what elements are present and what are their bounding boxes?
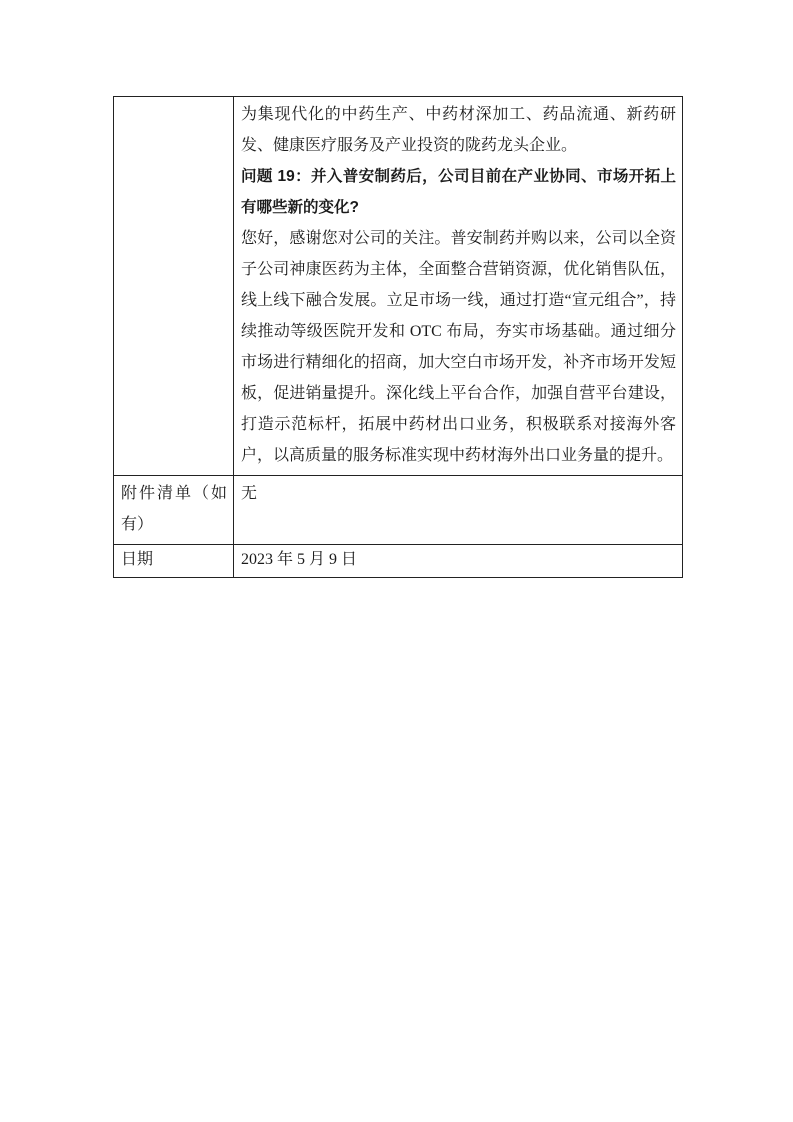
question-19-answer-text: 您好，感谢您对公司的关注。普安制药并购以来，公司以全资子公司神康医药为主体，全面… bbox=[241, 223, 676, 471]
table-row-date: 日期 2023 年 5 月 9 日 bbox=[114, 545, 683, 578]
intro-continuation-text: 为集现代化的中药生产、中药材深加工、药品流通、新药研发、健康医疗服务及产业投资的… bbox=[241, 99, 676, 161]
attachment-list-label: 附件清单（如有） bbox=[114, 476, 234, 545]
document-page: 为集现代化的中药生产、中药材深加工、药品流通、新药研发、健康医疗服务及产业投资的… bbox=[0, 0, 793, 1122]
date-value: 2023 年 5 月 9 日 bbox=[234, 545, 683, 578]
content-row-value-cell: 为集现代化的中药生产、中药材深加工、药品流通、新药研发、健康医疗服务及产业投资的… bbox=[234, 97, 683, 476]
question-19-heading: 问题 19：并入普安制药后，公司目前在产业协同、市场开拓上有哪些新的变化? bbox=[241, 161, 676, 223]
attachment-list-value: 无 bbox=[234, 476, 683, 545]
table-row-attachment: 附件清单（如有） 无 bbox=[114, 476, 683, 545]
content-row-label-cell-empty bbox=[114, 97, 234, 476]
table-row-content: 为集现代化的中药生产、中药材深加工、药品流通、新药研发、健康医疗服务及产业投资的… bbox=[114, 97, 683, 476]
date-label: 日期 bbox=[114, 545, 234, 578]
investor-record-table: 为集现代化的中药生产、中药材深加工、药品流通、新药研发、健康医疗服务及产业投资的… bbox=[113, 96, 683, 578]
